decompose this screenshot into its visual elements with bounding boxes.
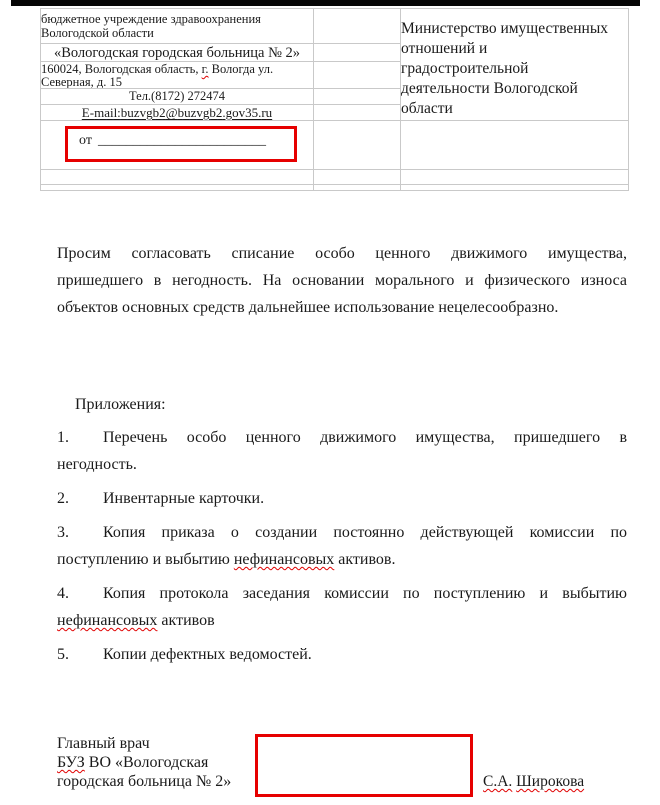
text-segment: .gov35. (222, 105, 261, 120)
misspelled-word: mail:buzvgb2 (94, 105, 166, 120)
item-number: 1. (57, 429, 69, 446)
text-line: 2.Инвентарные карточки. (57, 485, 627, 512)
text-line: области (401, 99, 622, 119)
empty-cell (314, 105, 401, 121)
misspelled-word: нефинансовых (234, 551, 334, 568)
attachment-item: 4.Копия протокола заседания комиссии по … (57, 580, 627, 634)
highlight-box-signature (255, 734, 473, 797)
text-segment: Главный врач (57, 735, 150, 752)
empty-cell (314, 121, 401, 170)
text-segment: объектов основных средств дальнейшее исп… (57, 299, 558, 316)
attachments-list: 1.Перечень особо ценного движимого имуще… (57, 424, 627, 668)
address-cell: 160024, Вологодская область, г. Вологда … (41, 62, 314, 89)
misspelled-word: БУЗ (57, 754, 85, 771)
text-segment: E- (82, 105, 94, 120)
text-line: 1.Перечень особо ценного движимого имуще… (57, 424, 627, 451)
empty-cell (41, 185, 314, 191)
text-line: градостроительной (401, 59, 622, 79)
text-line: Вологодской области (41, 26, 313, 40)
empty-cell (401, 121, 629, 170)
text-line: негодность. (57, 451, 627, 478)
attachments-label: Приложения: (57, 391, 627, 418)
text-segment: Северная, (41, 75, 97, 89)
item-number: 3. (57, 524, 69, 541)
highlight-box-date (65, 126, 297, 162)
text-line: нефинансовых активов (57, 607, 627, 634)
text-line: бюджетное учреждение здравоохранения (41, 12, 313, 26)
text-segment: ВО «Вологодская (85, 754, 209, 771)
empty-cell (314, 185, 401, 191)
text-segment: Перечень особо ценного движимого имущест… (103, 429, 627, 446)
empty-cell (314, 9, 401, 44)
text-segment: активов. (334, 551, 395, 568)
email-cell: E-mail:buzvgb2@buzvgb2.gov35.ru (41, 105, 314, 121)
attachment-item: 5.Копии дефектных ведомостей. (57, 641, 627, 668)
text-line: объектов основных средств дальнейшее исп… (57, 294, 627, 321)
item-number: 2. (57, 490, 69, 507)
text-segment: @ (166, 105, 178, 120)
attachment-item: 2.Инвентарные карточки. (57, 485, 627, 512)
text-segment: городская больница № 2» (57, 773, 231, 790)
text-line: 3.Копия приказа о создании постоянно дей… (57, 519, 627, 546)
letterhead-table: бюджетное учреждение здравоохраненияВоло… (40, 8, 629, 191)
misspelled-word: Широкова (516, 773, 584, 790)
request-paragraph: Просим согласовать списание особо ценног… (57, 240, 627, 321)
empty-cell (314, 170, 401, 185)
top-crop-bar (11, 0, 640, 6)
text-line: Министерство имущественных (401, 19, 622, 39)
text-segment: пришедшего в негодность. На основании мо… (57, 272, 627, 289)
document-page: бюджетное учреждение здравоохраненияВоло… (0, 0, 660, 805)
phone-cell: Тел.(8172) 272474 (41, 89, 314, 105)
empty-cell (314, 89, 401, 105)
text-segment: активов (157, 612, 214, 629)
body-text: Просим согласовать списание особо ценног… (57, 240, 627, 675)
text-segment: поступлению и выбытию (57, 551, 234, 568)
text-segment: 160024, Вологодская область, (41, 62, 202, 76)
misspelled-word: ru (261, 105, 272, 120)
misspelled-word: нефинансовых (57, 612, 157, 629)
email-text: E-mail:buzvgb2@buzvgb2.gov35.ru (82, 105, 272, 120)
misspelled-word: д. 15 (97, 75, 122, 89)
empty-cell (314, 62, 401, 89)
text-line: поступлению и выбытию нефинансовых актив… (57, 546, 627, 573)
item-number: 5. (57, 646, 69, 663)
text-line: отношений и (401, 39, 622, 59)
text-segment: Просим согласовать списание особо ценног… (57, 245, 627, 262)
text-line: деятельности Вологодской (401, 79, 622, 99)
text-segment: Копии дефектных ведомостей. (103, 646, 312, 663)
empty-cell (41, 170, 314, 185)
text-segment: Копия приказа о создании постоянно дейст… (103, 524, 627, 541)
text-line: пришедшего в негодность. На основании мо… (57, 267, 627, 294)
misspelled-word: buzvgb2 (178, 105, 223, 120)
text-line: Просим согласовать списание особо ценног… (57, 240, 627, 267)
org-type-cell: бюджетное учреждение здравоохраненияВоло… (41, 9, 314, 44)
misspelled-word: С.А. (483, 773, 512, 790)
text-segment: Вологда ул. (208, 62, 273, 76)
attachment-item: 3.Копия приказа о создании постоянно дей… (57, 519, 627, 573)
item-number: 4. (57, 585, 69, 602)
empty-cell (401, 170, 629, 185)
text-line: 4.Копия протокола заседания комиссии по … (57, 580, 627, 607)
text-segment: Копия протокола заседания комиссии по по… (103, 585, 627, 602)
text-line: 5.Копии дефектных ведомостей. (57, 641, 627, 668)
signatory-name: С.А. Широкова (483, 772, 584, 791)
empty-cell (314, 44, 401, 62)
text-segment: Инвентарные карточки. (103, 490, 264, 507)
attachment-item: 1.Перечень особо ценного движимого имуще… (57, 424, 627, 478)
org-name-cell: «Вологодская городская больница № 2» (41, 44, 314, 62)
text-segment: негодность. (57, 456, 137, 473)
recipient-cell: Министерство имущественныхотношений игра… (401, 9, 629, 121)
text-line: Северная, д. 15 (41, 76, 313, 89)
empty-cell (401, 185, 629, 191)
